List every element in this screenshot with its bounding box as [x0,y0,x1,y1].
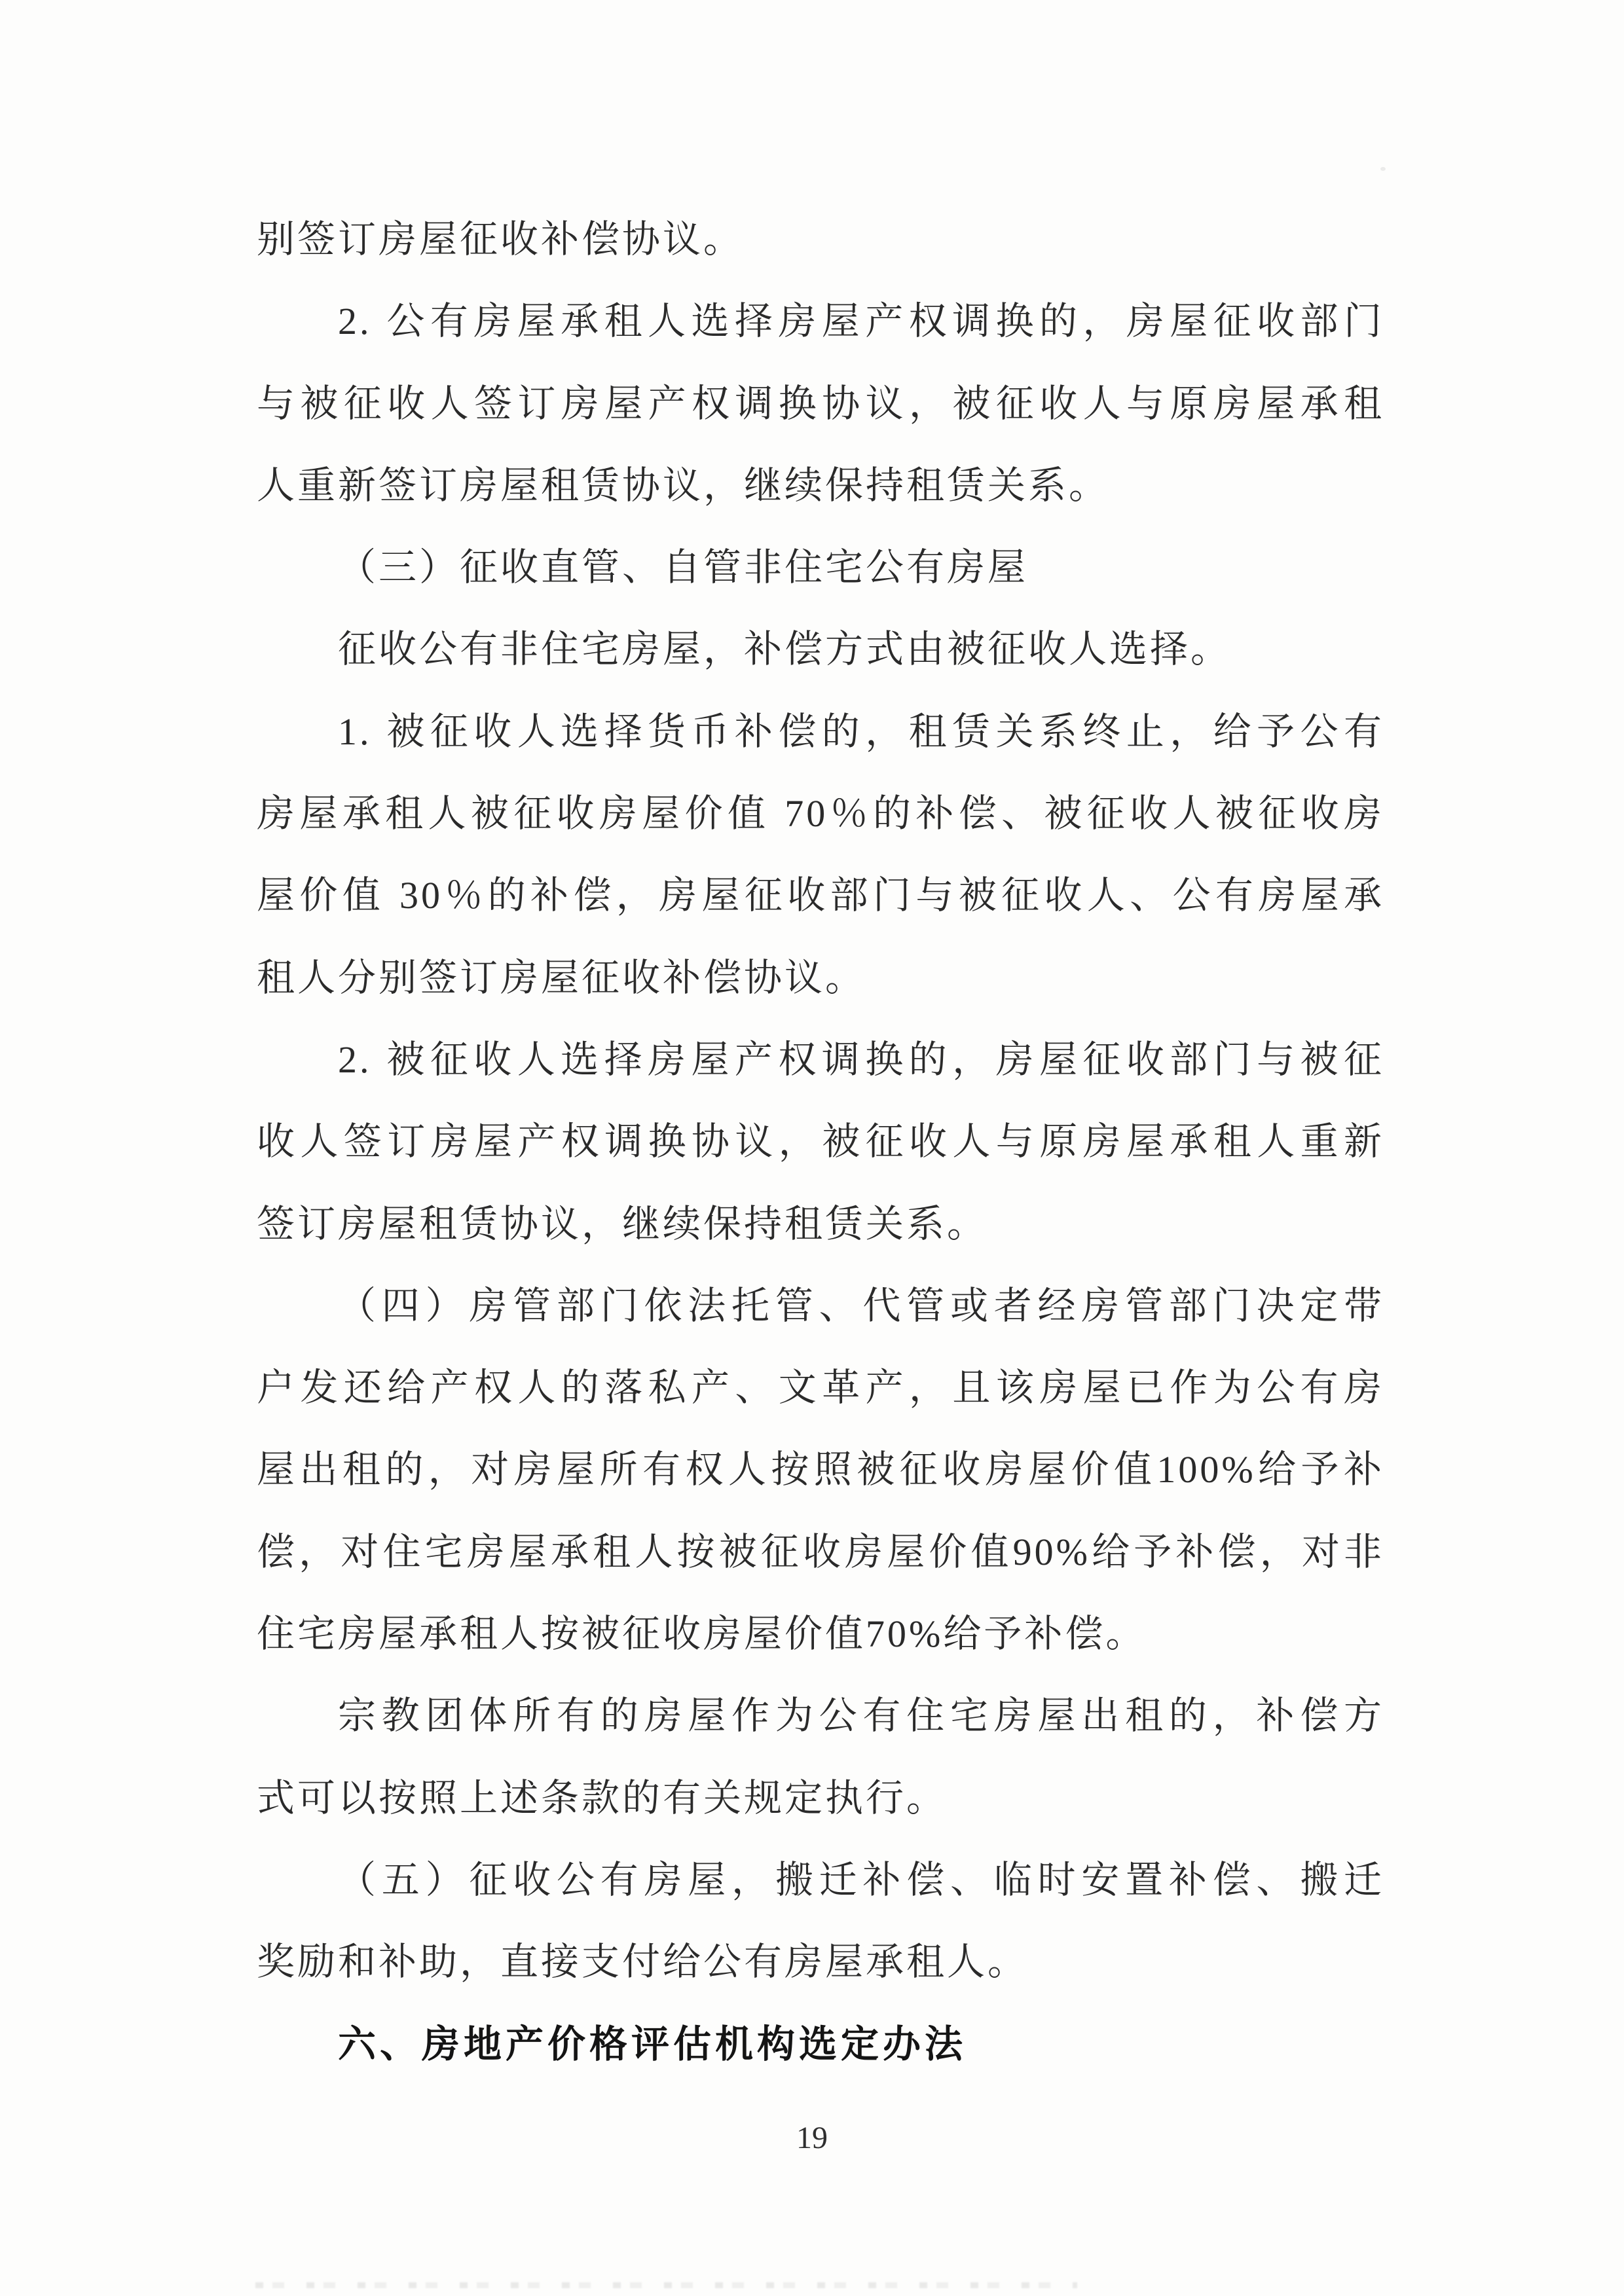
section-heading: 六、房地产价格评估机构选定办法 [257,2003,1384,2085]
text-line: （五）征收公有房屋，搬迁补偿、临时安置补偿、搬迁 [257,1839,1384,1921]
text-line: 奖励和补助，直接支付给公有房屋承租人。 [257,1921,1384,2003]
text-line: 屋出租的，对房屋所有权人按照被征收房屋价值100%给予补 [257,1429,1384,1510]
text-line: 偿，对住宅房屋承租人按被征收房屋价值90%给予补偿，对非 [257,1511,1384,1593]
text-line: （四）房管部门依法托管、代管或者经房管部门决定带 [257,1265,1384,1347]
text-line: 签订房屋租赁协议，继续保持租赁关系。 [257,1183,1384,1265]
text-line: 2. 公有房屋承租人选择房屋产权调换的，房屋征收部门 [257,280,1384,362]
text-line: 人重新签订房屋租赁协议，继续保持租赁关系。 [257,445,1384,526]
text-line: 屋价值 30％的补偿，房屋征收部门与被征收人、公有房屋承 [257,854,1384,936]
document-page: 别签订房屋征收补偿协议。 2. 公有房屋承租人选择房屋产权调换的，房屋征收部门 … [0,0,1624,2296]
text-line: （三）征收直管、自管非住宅公有房屋 [257,526,1384,608]
text-line: 2. 被征收人选择房屋产权调换的，房屋征收部门与被征 [257,1019,1384,1101]
text-line: 户发还给产权人的落私产、文革产，且该房屋已作为公有房 [257,1347,1384,1429]
scan-speck [1380,167,1386,171]
text-line: 别签订房屋征收补偿协议。 [257,198,1384,280]
text-line: 住宅房屋承租人按被征收房屋价值70%给予补偿。 [257,1593,1384,1675]
text-line: 宗教团体所有的房屋作为公有住宅房屋出租的，补偿方 [257,1675,1384,1757]
text-line: 1. 被征收人选择货币补偿的，租赁关系终止，给予公有 [257,691,1384,773]
text-line: 租人分别签订房屋征收补偿协议。 [257,937,1384,1019]
text-line: 与被征收人签订房屋产权调换协议，被征收人与原房屋承租 [257,363,1384,445]
text-line: 式可以按照上述条款的有关规定执行。 [257,1757,1384,1839]
text-line: 征收公有非住宅房屋，补偿方式由被征收人选择。 [257,608,1384,690]
page-number: 19 [0,2121,1624,2155]
bleed-through-artifact [255,2282,1077,2288]
text-line: 房屋承租人被征收房屋价值 70％的补偿、被征收人被征收房 [257,773,1384,854]
document-body: 别签订房屋征收补偿协议。 2. 公有房屋承租人选择房屋产权调换的，房屋征收部门 … [257,198,1384,2085]
text-line: 收人签订房屋产权调换协议，被征收人与原房屋承租人重新 [257,1101,1384,1182]
